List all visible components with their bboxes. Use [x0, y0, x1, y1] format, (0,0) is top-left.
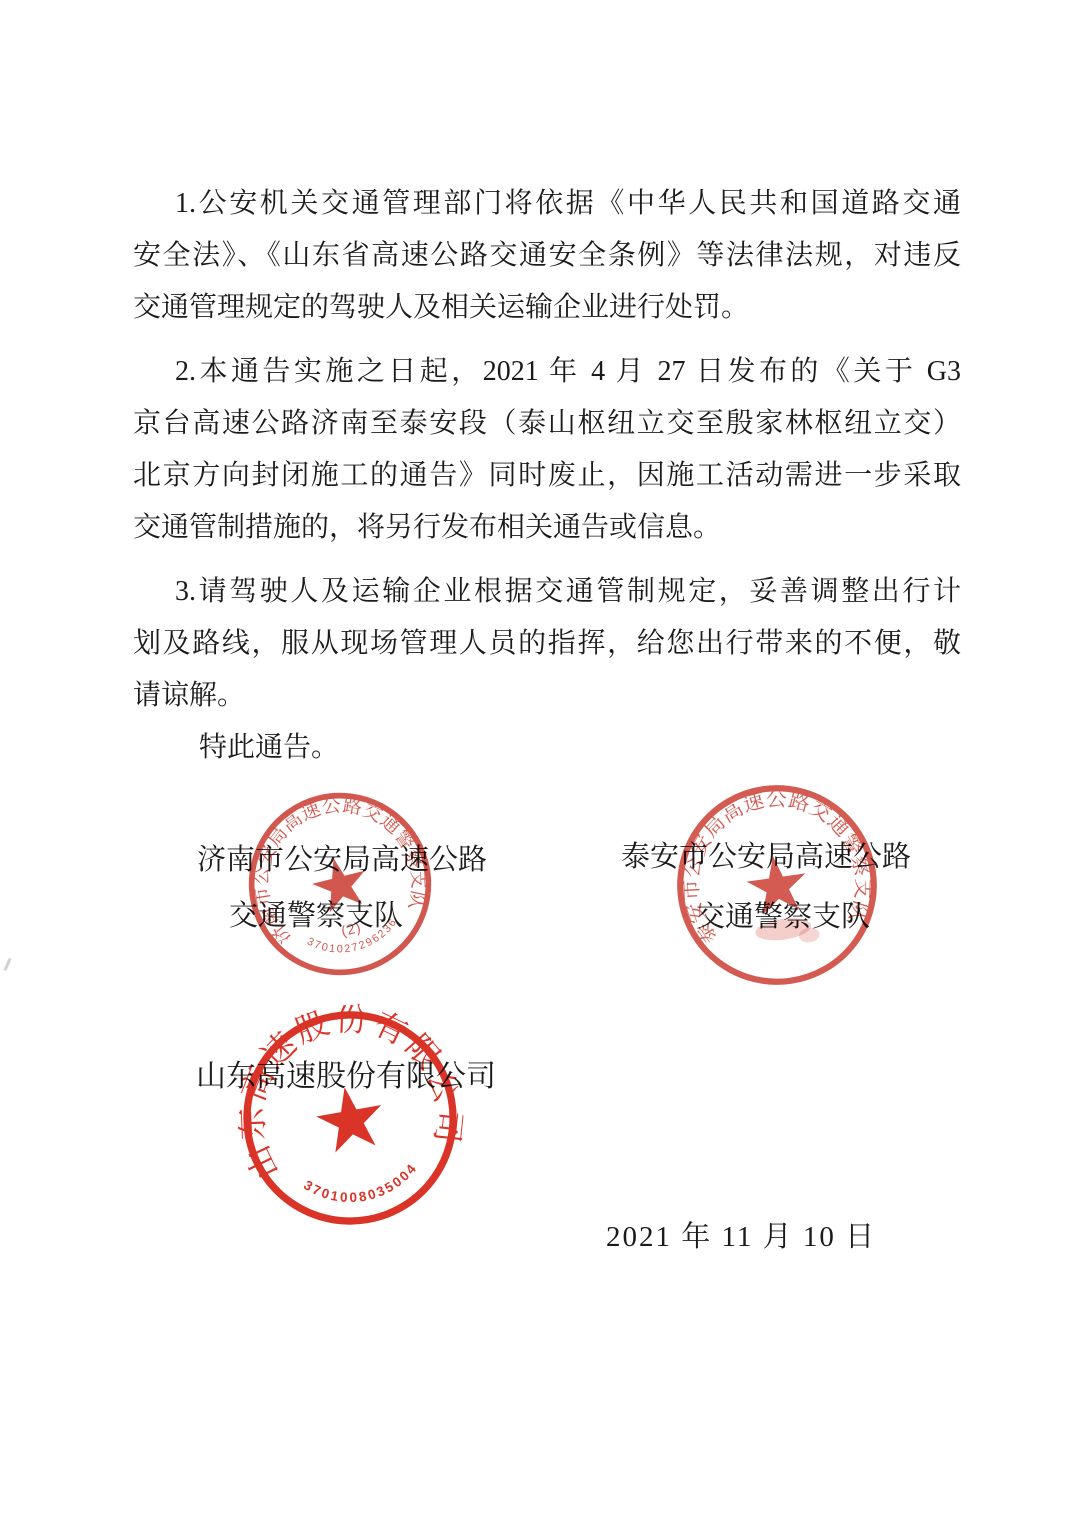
paragraph-3: 3.请驾驶人及运输企业根据交通管制规定，妥善调整出行计 划及路线，服从现场管理人… — [133, 566, 961, 722]
seal-ring-text: 山东高速股份有限公司 — [220, 988, 474, 1187]
svg-text:山东高速股份有限公司: 山东高速股份有限公司 — [220, 988, 474, 1187]
body-line: 交通管理规定的驾驶人及相关运输企业进行处罚。 — [133, 282, 961, 334]
body-line: 3.请驾驶人及运输企业根据交通管制规定，妥善调整出行计 — [133, 566, 961, 618]
body-line: 1.公安机关交通管理部门将依据《中华人民共和国道路交通 — [133, 178, 961, 230]
company-seal: 山东高速股份有限公司 3701008035004 — [220, 988, 479, 1247]
body-line: 2.本通告实施之日起，2021 年 4 月 27 日发布的《关于 G3 — [133, 346, 961, 398]
body-line: 安全法》、《山东省高速公路交通安全条例》等法律法规，对违反 — [133, 230, 961, 282]
body-line: 京台高速公路济南至泰安段（泰山枢纽立交至殷家林枢纽立交） — [133, 398, 961, 450]
star-icon — [312, 1081, 388, 1154]
body-line: 交通管制措施的，将另行发布相关通告或信息。 — [133, 502, 961, 554]
paragraph-2: 2.本通告实施之日起，2021 年 4 月 27 日发布的《关于 G3 京台高速… — [133, 346, 961, 554]
document-page: 1.公安机关交通管理部门将依据《中华人民共和国道路交通 安全法》、《山东省高速公… — [0, 0, 1080, 1527]
body-line: 北京方向封闭施工的通告》同时废止，因施工活动需进一步采取 — [133, 450, 961, 502]
notice-body: 1.公安机关交通管理部门将依据《中华人民共和国道路交通 安全法》、《山东省高速公… — [133, 178, 961, 774]
star-icon — [744, 852, 811, 916]
taian-police-seal: 泰安市公安局高速公路交通警察支队 — [660, 768, 895, 1003]
closing-line: 特此通告。 — [133, 722, 961, 774]
jinan-police-seal: 济南市公安局高速公路交通警察支队 (2) 3701027296236 — [225, 769, 455, 999]
body-line: 划及路线，服从现场管理人员的指挥，给您出行带来的不便，敬 — [133, 618, 961, 670]
seal-center-label: (2) — [340, 920, 364, 940]
date-line: 2021 年 11 月 10 日 — [606, 1222, 876, 1254]
body-line: 请谅解。 — [133, 670, 961, 722]
paragraph-1: 1.公安机关交通管理部门将依据《中华人民共和国道路交通 安全法》、《山东省高速公… — [133, 178, 961, 334]
scan-speck — [3, 958, 11, 971]
star-icon — [307, 852, 372, 915]
